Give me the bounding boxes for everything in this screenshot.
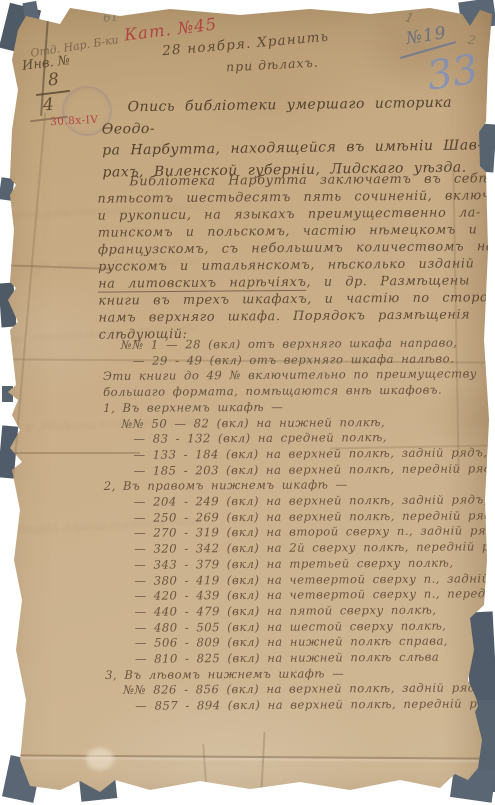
shelf-code-mark: 30.8x-IV xyxy=(50,114,99,129)
manuscript-page: пятьсотъ шестьдесятъ пять сочиненій, вкл… xyxy=(0,0,495,805)
inventory-denominator: 4 xyxy=(42,95,55,116)
crease-line xyxy=(260,732,265,790)
intro-paragraph: Библіотека Нарбутта заключаетъ въ себѣ п… xyxy=(97,170,482,343)
title-line: Опись библіотеки умершаго историка Ѳеодо… xyxy=(101,92,484,140)
shelf-list: №№ 1 — 28 (вкл) отъ верхняго шкафа напра… xyxy=(0,335,495,715)
inventory-numerator: 8 xyxy=(47,70,60,91)
scan-background: пятьсотъ шестьдесятъ пять сочиненій, вкл… xyxy=(0,0,495,805)
resolution-note-line2: при дѣлахъ. xyxy=(226,55,319,75)
crease-line xyxy=(202,744,207,794)
inventory-label: Инв. № xyxy=(21,53,71,74)
paper-stain xyxy=(86,748,114,770)
pencil-note-61: 61 xyxy=(102,9,119,25)
list-item: — 857 - 894 (вкл) на верхней полкѣ, пере… xyxy=(1,696,495,715)
fold-line xyxy=(8,754,492,759)
pencil-mark-2: 2 xyxy=(467,33,477,48)
underlined-phrase: на литовскихъ нарѣчіяхъ xyxy=(98,275,306,293)
crease-line xyxy=(0,264,112,269)
paragraph-line: намъ верхняго шкафа. Порядокъ размѣщенія xyxy=(98,306,482,326)
pencil-mark-1: 1 xyxy=(403,10,415,27)
